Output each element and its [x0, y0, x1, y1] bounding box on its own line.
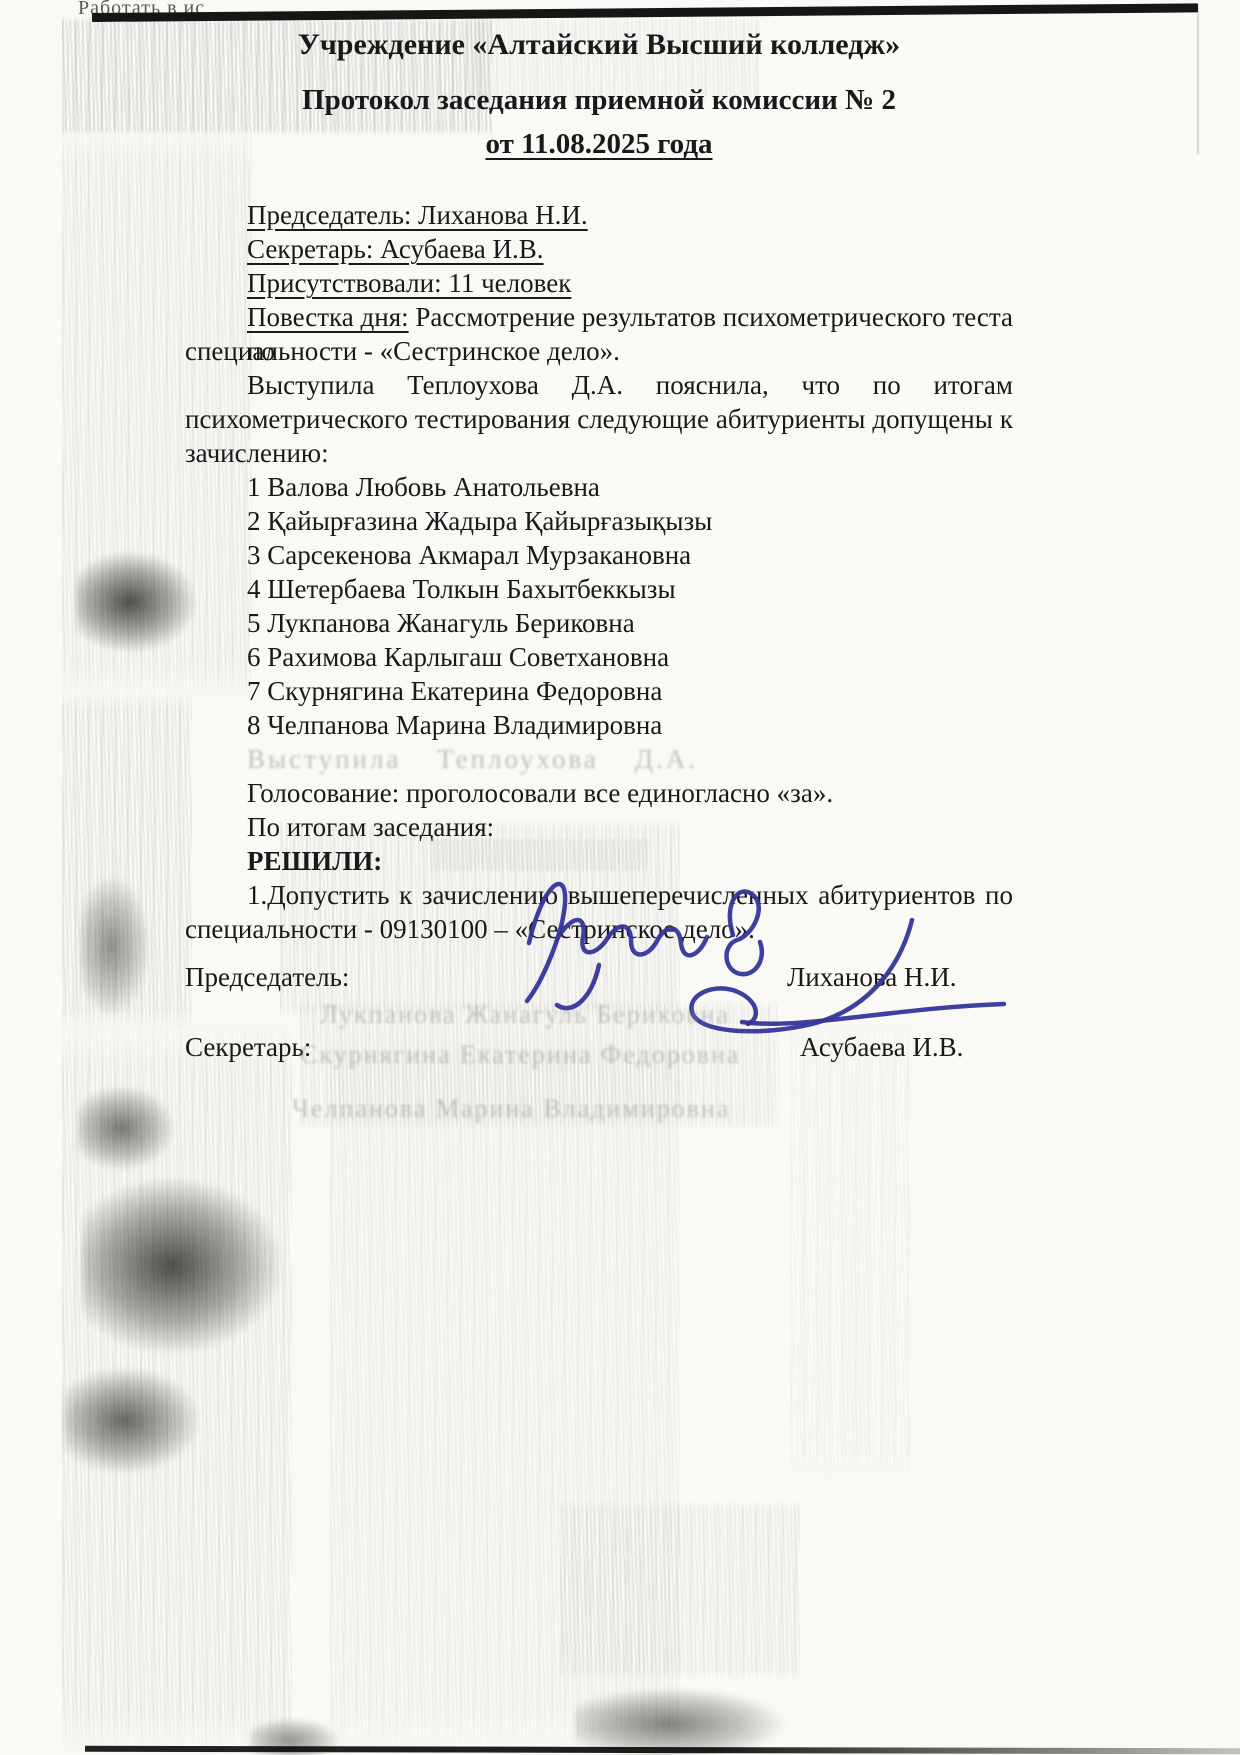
speech-line-1: Выступила Теплоухова Д.А. пояснила, что … — [185, 368, 1013, 402]
scan-smudge — [82, 1178, 282, 1353]
ghost-bleedthrough-line: Выступила Теплоухова Д.А. — [185, 742, 1013, 776]
protocol-date: от 11.08.2025 года — [185, 128, 1013, 161]
voting-line: Голосование: проголосовали все единоглас… — [185, 776, 1013, 810]
protocol-subtitle: Протокол заседания приемной комиссии № 2 — [185, 84, 1013, 117]
protocol-date-text: от 11.08.2025 года — [485, 128, 712, 160]
scan-smudge — [78, 1086, 174, 1170]
scan-streak — [560, 1500, 800, 1680]
ghost-bleedthrough-line: Челпанова Марина Владимировна — [292, 1094, 730, 1124]
chairman-name: Лиханова Н.И. — [787, 962, 956, 993]
agenda-label: Повестка дня: — [247, 302, 409, 332]
scan-smudge — [250, 1718, 340, 1755]
agenda-line-2: специальности - «Сестринское дело». — [185, 334, 1013, 368]
decision-line-1: 1.Допустить к зачислению вышеперечисленн… — [185, 878, 1013, 912]
student-row: 8 Челпанова Марина Владимировна — [185, 708, 1013, 742]
scan-smudge — [76, 552, 196, 652]
speech-line-2: психометрического тестирования следующие… — [185, 402, 1013, 436]
page-title: Учреждение «Алтайский Высший колледж» — [185, 28, 1013, 62]
student-row: 6 Рахимова Карлыгаш Советхановна — [185, 640, 1013, 674]
student-row: 7 Скурнягина Екатерина Федоровна — [185, 674, 1013, 708]
student-row: 1 Валова Любовь Анатольевна — [185, 470, 1013, 504]
scan-smudge — [80, 876, 150, 1016]
decided-label: РЕШИЛИ: — [185, 844, 1013, 878]
chairman-signature-row: Председатель: Лиханова Н.И. — [185, 962, 1013, 1002]
speech-line-3: зачислению: — [185, 436, 1013, 470]
scan-streak — [790, 1020, 910, 1480]
protocol-body: Председатель: Лиханова Н.И. Секретарь: А… — [185, 198, 1013, 946]
student-row: 4 Шетербаева Толкын Бахытбеккызы — [185, 572, 1013, 606]
student-row: 5 Лукпанова Жанагуль Бериковна — [185, 606, 1013, 640]
results-intro-line: По итогам заседания: — [185, 810, 1013, 844]
chairman-signature-label: Председатель: — [185, 962, 349, 992]
chairman-line: Председатель: Лиханова Н.И. — [185, 198, 1013, 232]
secretary-line: Секретарь: Асубаева И.В. — [185, 232, 1013, 266]
secretary-signature-label: Секретарь: — [185, 1032, 311, 1062]
student-row: 2 Қайырғазина Жадыра Қайырғазықызы — [185, 504, 1013, 538]
scanned-protocol-page: Работать в ис Учреждение «Алтайский Высш… — [0, 0, 1240, 1755]
scan-smudge — [64, 1368, 199, 1473]
ghost-bleedthrough-line: Скурнягина Екатерина Федоровна — [300, 1040, 740, 1070]
ghost-bleedthrough-line: Лукпанова Жанагуль Бериковна — [320, 1000, 730, 1030]
scan-smudge — [575, 1688, 785, 1755]
decision-line-2: специальности - 09130100 – «Сестринское … — [185, 912, 1013, 946]
scan-right-edge — [1197, 4, 1199, 154]
agenda-line-1: Повестка дня: Рассмотрение результатов п… — [185, 300, 1013, 334]
secretary-name: Асубаева И.В. — [800, 1032, 963, 1063]
attendees-line: Присутствовали: 11 человек — [185, 266, 1013, 300]
student-row: 3 Сарсекенова Акмарал Мурзакановна — [185, 538, 1013, 572]
